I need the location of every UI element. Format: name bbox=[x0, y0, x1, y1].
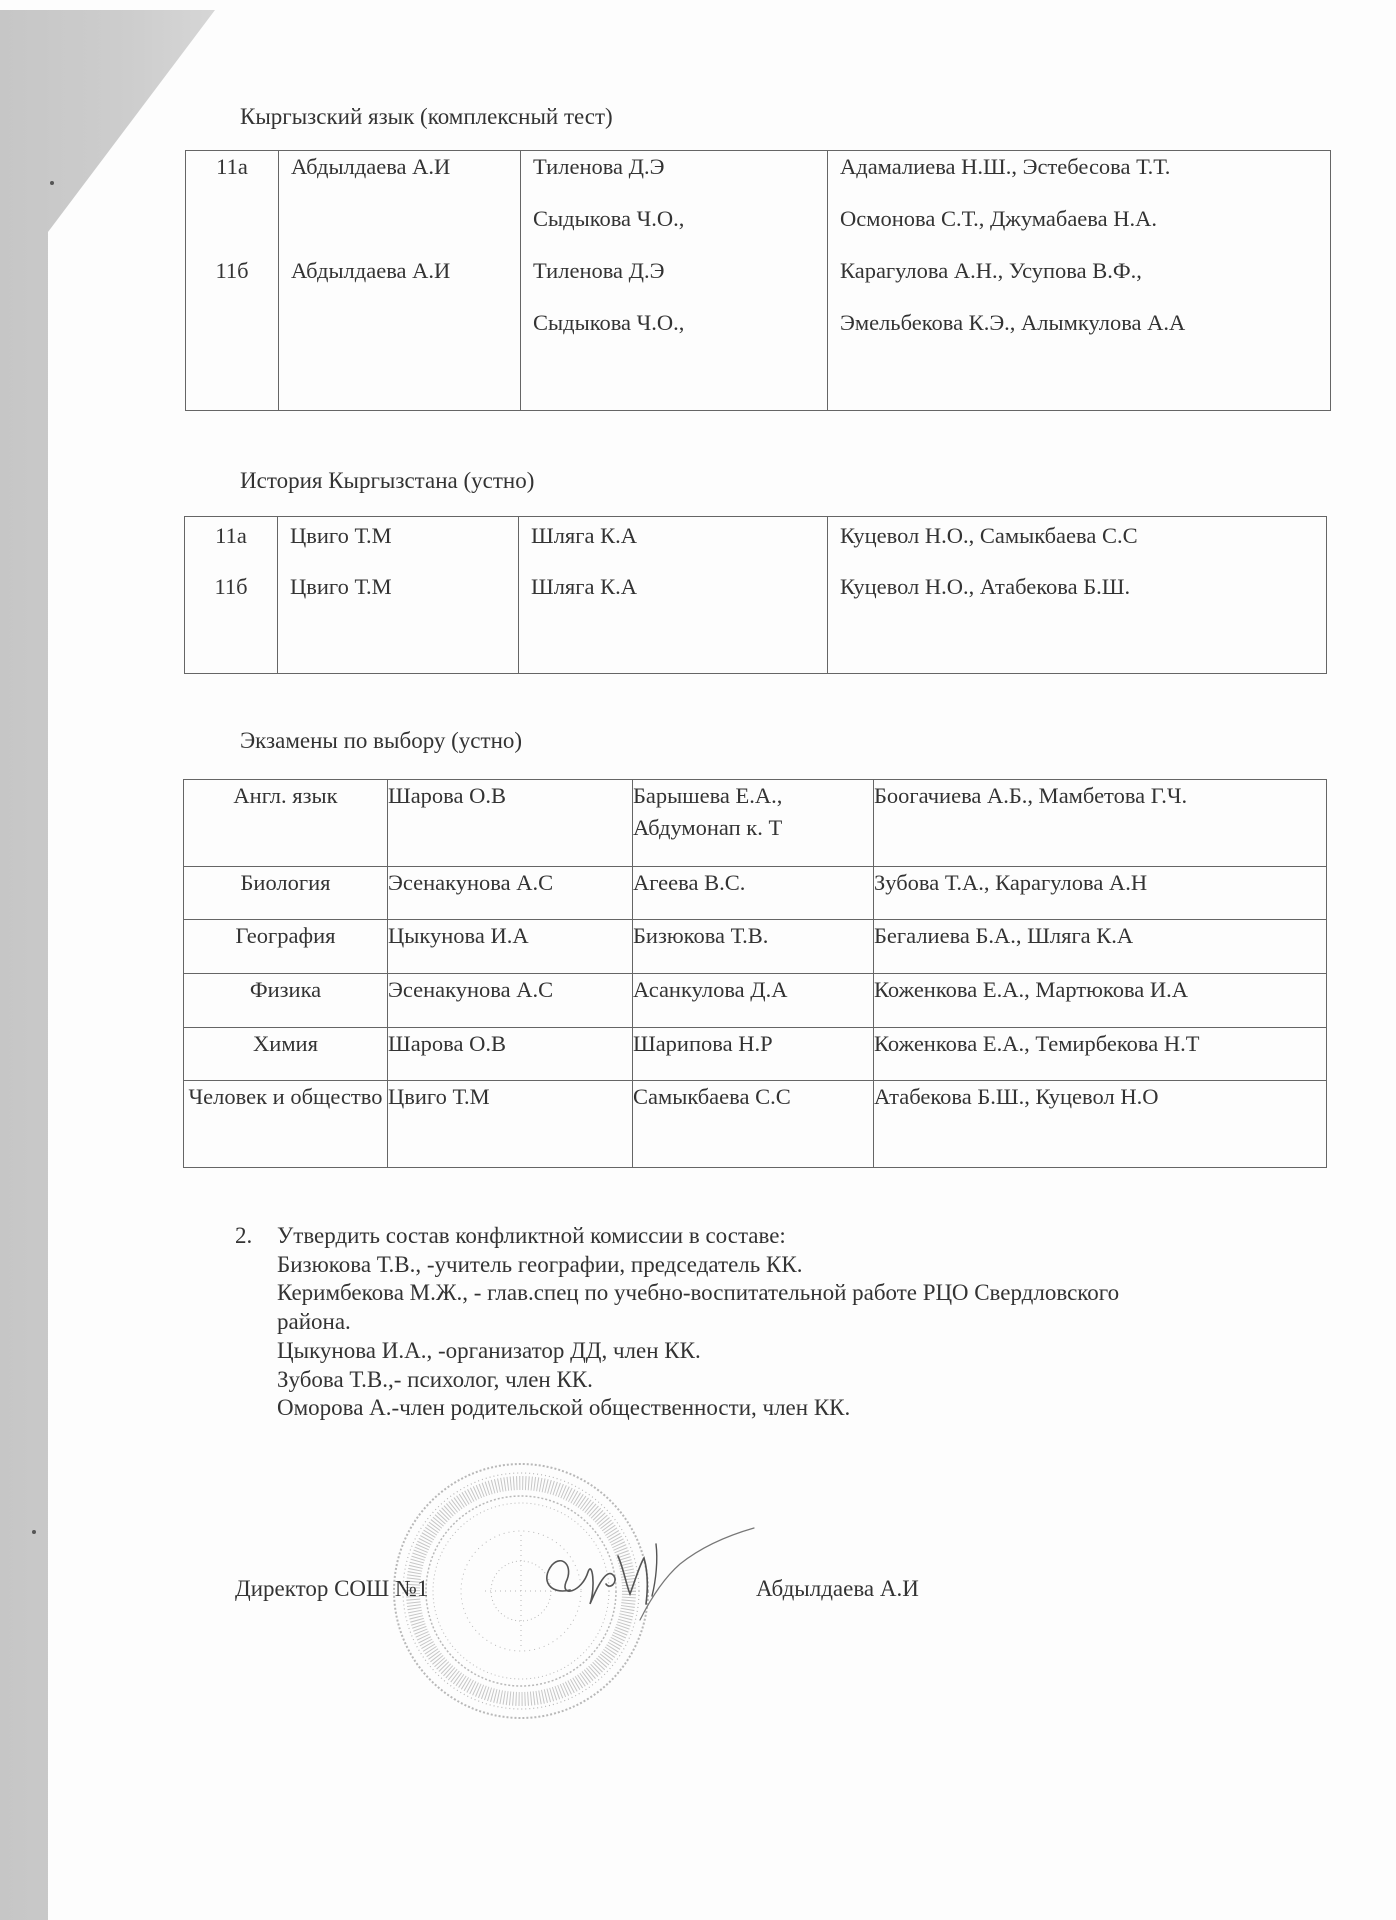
subject-cell: Физика bbox=[184, 974, 388, 1028]
commission-members: Карагулова А.Н., Усупова В.Ф., bbox=[840, 261, 1330, 281]
table-row: 11а 11б Цвиго Т.М Цвиго Т.М Шляга К.А Шл… bbox=[185, 517, 1327, 674]
class-label: 11б bbox=[186, 261, 278, 281]
assistants-cell: Тиленова Д.Э Сыдыкова Ч.О., Тиленова Д.Э… bbox=[521, 151, 828, 411]
table-row: ХимияШарова О.ВШарипова Н.РКоженкова Е.А… bbox=[184, 1028, 1327, 1081]
examiner-cell: Шарова О.В bbox=[388, 1028, 633, 1081]
assistant-cell: Барышева Е.А., Абдумонап к. Т bbox=[633, 780, 874, 867]
resolution-line: Утвердить состав конфликтной комиссии в … bbox=[277, 1222, 1357, 1251]
commission-cell: Боогачиева А.Б., Мамбетова Г.Ч. bbox=[874, 780, 1327, 867]
commission-cell: Бегалиева Б.А., Шляга К.А bbox=[874, 920, 1327, 974]
examiner-name: Цвиго Т.М bbox=[290, 577, 518, 597]
class-cell: 11а 11б bbox=[185, 517, 278, 674]
signatory-position: Директор СОШ №1 bbox=[235, 1576, 428, 1602]
assistant-name: Шляга К.А bbox=[531, 577, 827, 597]
examiner-cell: Абдылдаева А.И Абдылдаева А.И bbox=[279, 151, 521, 411]
table-row: ГеографияЦыкунова И.АБизюкова Т.В.Бегали… bbox=[184, 920, 1327, 974]
history-table: 11а 11б Цвиго Т.М Цвиго Т.М Шляга К.А Шл… bbox=[184, 516, 1327, 674]
section-title-kyrgyz-language: Кыргызский язык (комплексный тест) bbox=[240, 103, 613, 131]
resolution-line: Зубова Т.В.,- психолог, член КК. bbox=[277, 1366, 1357, 1395]
assistant-name: Шляга К.А bbox=[531, 526, 827, 546]
examiner-name: Абдылдаева А.И bbox=[291, 157, 520, 177]
section-title-elective-exams: Экзамены по выбору (устно) bbox=[240, 727, 522, 755]
commission-members: Куцевол Н.О., Самыкбаева С.С bbox=[840, 526, 1326, 546]
examiner-cell: Эсенакунова А.С bbox=[388, 867, 633, 920]
table-row: Англ. языкШарова О.ВБарышева Е.А., Абдум… bbox=[184, 780, 1327, 867]
kyrgyz-language-table: 11а 11б Абдылдаева А.И Абдылдаева А.И Ти… bbox=[185, 150, 1331, 411]
assistant-cell: Агеева В.С. bbox=[633, 867, 874, 920]
examiner-cell: Эсенакунова А.С bbox=[388, 974, 633, 1028]
table-row: 11а 11б Абдылдаева А.И Абдылдаева А.И Ти… bbox=[186, 151, 1331, 411]
section-title-history: История Кыргызстана (устно) bbox=[240, 467, 534, 495]
subject-cell: Англ. язык bbox=[184, 780, 388, 867]
class-label: 11а bbox=[185, 526, 277, 546]
assistant-cell: Асанкулова Д.А bbox=[633, 974, 874, 1028]
examiner-cell: Шарова О.В bbox=[388, 780, 633, 867]
commission-cell: Зубова Т.А., Карагулова А.Н bbox=[874, 867, 1327, 920]
resolution-line: Керимбекова М.Ж., - глав.спец по учебно-… bbox=[277, 1279, 1357, 1308]
elective-exams-table: Англ. языкШарова О.ВБарышева Е.А., Абдум… bbox=[183, 779, 1327, 1168]
commission-cell: Коженкова Е.А., Мартюкова И.А bbox=[874, 974, 1327, 1028]
examiner-cell: Цыкунова И.А bbox=[388, 920, 633, 974]
resolution-line: Оморова А.-член родительской общественно… bbox=[277, 1394, 1357, 1423]
examiner-cell: Цвиго Т.М Цвиго Т.М bbox=[278, 517, 519, 674]
commission-members: Эмельбекова К.Э., Алымкулова А.А bbox=[840, 313, 1330, 333]
table-row: Человек и обществоЦвиго Т.МСамыкбаева С.… bbox=[184, 1081, 1327, 1168]
scan-speck bbox=[32, 1530, 36, 1534]
examiner-cell: Цвиго Т.М bbox=[388, 1081, 633, 1168]
subject-cell: Химия bbox=[184, 1028, 388, 1081]
list-number: 2. bbox=[235, 1222, 252, 1251]
commission-members: Куцевол Н.О., Атабекова Б.Ш. bbox=[840, 577, 1326, 597]
commission-cell: Куцевол Н.О., Самыкбаева С.С Куцевол Н.О… bbox=[828, 517, 1327, 674]
table-row: БиологияЭсенакунова А.САгеева В.С.Зубова… bbox=[184, 867, 1327, 920]
commission-members: Адамалиева Н.Ш., Эстебесова Т.Т. bbox=[840, 157, 1330, 177]
commission-members: Осмонова С.Т., Джумабаева Н.А. bbox=[840, 209, 1330, 229]
table-row: ФизикаЭсенакунова А.САсанкулова Д.АКожен… bbox=[184, 974, 1327, 1028]
commission-cell: Атабекова Б.Ш., Куцевол Н.О bbox=[874, 1081, 1327, 1168]
subject-cell: Биология bbox=[184, 867, 388, 920]
assistant-name: Тиленова Д.Э bbox=[533, 261, 827, 281]
assistants-cell: Шляга К.А Шляга К.А bbox=[519, 517, 828, 674]
subject-cell: География bbox=[184, 920, 388, 974]
commission-cell: Коженкова Е.А., Темирбекова Н.Т bbox=[874, 1028, 1327, 1081]
examiner-name: Абдылдаева А.И bbox=[291, 261, 520, 281]
resolution-line: Цыкунова И.А., -организатор ДД, член КК. bbox=[277, 1337, 1357, 1366]
assistant-cell: Шарипова Н.Р bbox=[633, 1028, 874, 1081]
class-cell: 11а 11б bbox=[186, 151, 279, 411]
handwritten-signature-icon bbox=[530, 1520, 760, 1630]
examiner-name: Цвиго Т.М bbox=[290, 526, 518, 546]
resolution-text: Утвердить состав конфликтной комиссии в … bbox=[277, 1222, 1357, 1423]
resolution-line: района. bbox=[277, 1308, 1357, 1337]
class-label: 11а bbox=[186, 157, 278, 177]
assistant-cell: Самыкбаева С.С bbox=[633, 1081, 874, 1168]
resolution-line: Бизюкова Т.В., -учитель географии, предс… bbox=[277, 1251, 1357, 1280]
class-label: 11б bbox=[185, 577, 277, 597]
assistant-name: Тиленова Д.Э bbox=[533, 157, 827, 177]
scan-speck bbox=[50, 181, 54, 185]
assistant-name: Сыдыкова Ч.О., bbox=[533, 209, 827, 229]
subject-cell: Человек и общество bbox=[184, 1081, 388, 1168]
commission-cell: Адамалиева Н.Ш., Эстебесова Т.Т. Осмонов… bbox=[828, 151, 1331, 411]
assistant-cell: Бизюкова Т.В. bbox=[633, 920, 874, 974]
signatory-name: Абдылдаева А.И bbox=[756, 1576, 919, 1602]
assistant-name: Сыдыкова Ч.О., bbox=[533, 313, 827, 333]
